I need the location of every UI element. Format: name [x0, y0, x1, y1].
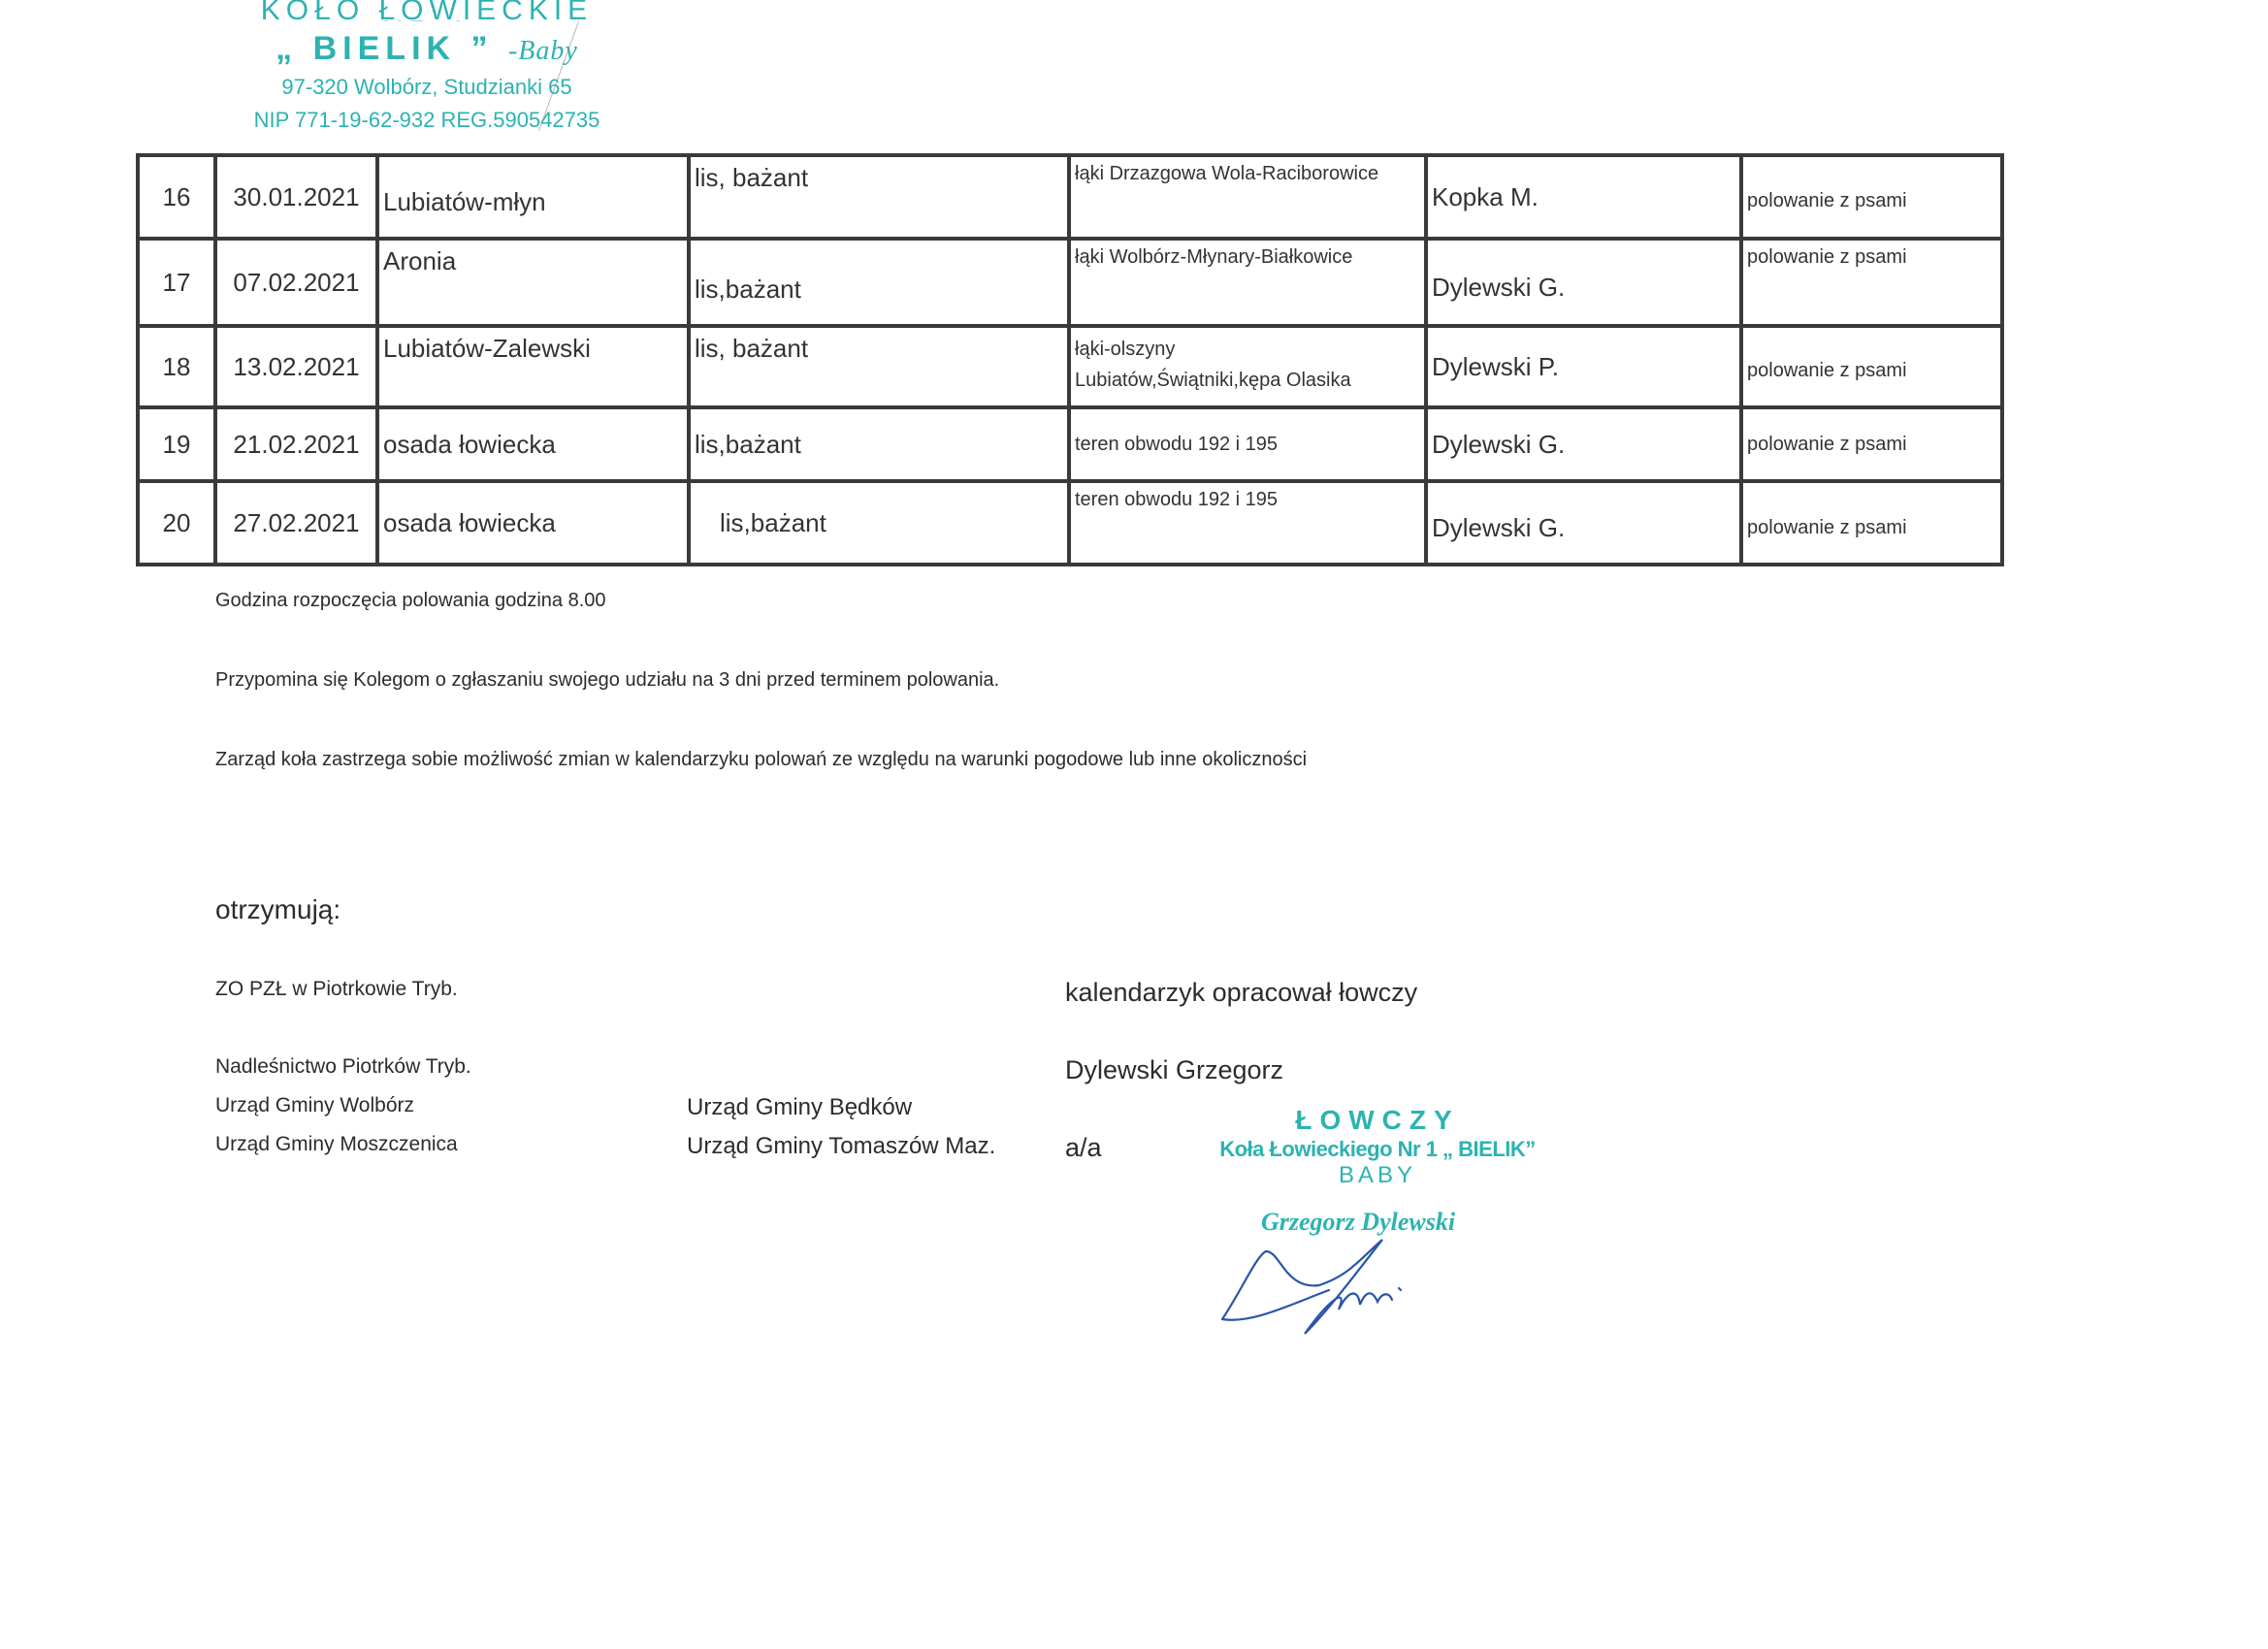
note-reminder: Przypomina się Kolegom o zgłaszaniu swoj… — [215, 669, 999, 692]
author-aa: a/a — [1065, 1133, 1102, 1163]
recipient-nadlesnictwo: Nadleśnictwo Piotrków Tryb. — [215, 1055, 471, 1079]
cell-leader: Dylewski G. — [1426, 481, 1741, 565]
club-stamp: KOŁO ŁOWIECKIE NR 1 „ BIELIK ” -Baby 97-… — [243, 8, 611, 137]
table-row: 16 30.01.2021 Lubiatów-młyn lis, bażant … — [138, 155, 2002, 239]
stamp-nip-reg: NIP 771-19-62-932 REG.590542735 — [243, 104, 611, 137]
stamp-lowczy-title: ŁOWCZY — [1183, 1104, 1571, 1137]
author-name: Dylewski Grzegorz — [1065, 1055, 1283, 1085]
recipient-gmina-bedkow: Urząd Gminy Będków — [687, 1094, 912, 1121]
cell-leader: Kopka M. — [1426, 155, 1741, 239]
prepared-by: kalendarzyk opracował łowczy — [1065, 978, 1417, 1008]
cell-date: 30.01.2021 — [215, 155, 377, 239]
cell-area-line1: łąki-olszyny — [1075, 334, 1420, 365]
cell-number: 19 — [138, 407, 215, 481]
recipient-gmina-tomaszow: Urząd Gminy Tomaszów Maz. — [687, 1133, 995, 1160]
cell-game: lis,bażant — [689, 239, 1069, 326]
cell-leader: Dylewski G. — [1426, 407, 1741, 481]
stamp-lowczy-baby: BABY — [1183, 1162, 1571, 1189]
stamp-club-name: „ BIELIK ” -Baby — [243, 29, 611, 71]
cell-place: osada łowiecka — [377, 481, 689, 565]
cell-date: 27.02.2021 — [215, 481, 377, 565]
recipient-gmina-moszczenica: Urząd Gminy Moszczenica — [215, 1133, 458, 1156]
cell-area: teren obwodu 192 i 195 — [1069, 481, 1426, 565]
cell-place: Lubiatów-młyn — [377, 155, 689, 239]
stamp-lowczy-club: Koła Łowieckiego Nr 1 „ BIELIK” — [1183, 1137, 1571, 1162]
note-start-time: Godzina rozpoczęcia polowania godzina 8.… — [215, 590, 606, 612]
cell-leader: Dylewski P. — [1426, 326, 1741, 407]
recipients-title: otrzymują: — [215, 894, 340, 925]
cell-game: lis, bażant — [689, 155, 1069, 239]
cell-area: łąki-olszyny Lubiatów,Świątniki,kępa Ola… — [1069, 326, 1426, 407]
cell-leader: Dylewski G. — [1426, 239, 1741, 326]
cell-type: polowanie z psami — [1741, 239, 2002, 326]
recipient-gmina-wolborz: Urząd Gminy Wolbórz — [215, 1094, 414, 1117]
cell-number: 16 — [138, 155, 215, 239]
cell-place: osada łowiecka — [377, 407, 689, 481]
cell-type: polowanie z psami — [1741, 326, 2002, 407]
table-row: 20 27.02.2021 osada łowiecka lis,bażant … — [138, 481, 2002, 565]
cell-place: Aronia — [377, 239, 689, 326]
cell-area: łąki Wolbórz-Młynary-Białkowice — [1069, 239, 1426, 326]
lowczy-stamp: ŁOWCZY Koła Łowieckiego Nr 1 „ BIELIK” B… — [1183, 1104, 1571, 1189]
cell-game: lis,bażant — [689, 407, 1069, 481]
recipient-zo-pzl: ZO PZŁ w Piotrkowie Tryb. — [215, 978, 458, 1001]
cell-number: 18 — [138, 326, 215, 407]
table-row: 17 07.02.2021 Aronia lis,bażant łąki Wol… — [138, 239, 2002, 326]
cell-type: polowanie z psami — [1741, 481, 2002, 565]
cell-area-line2: Lubiatów,Świątniki,kępa Olasika — [1075, 365, 1420, 396]
cell-type: polowanie z psami — [1741, 155, 2002, 239]
cell-area: łąki Drzazgowa Wola-Raciborowice — [1069, 155, 1426, 239]
stamp-club-title: KOŁO ŁOWIECKIE NR 1 — [243, 0, 611, 21]
table-row: 19 21.02.2021 osada łowiecka lis,bażant … — [138, 407, 2002, 481]
table-row: 18 13.02.2021 Lubiatów-Zalewski lis, baż… — [138, 326, 2002, 407]
note-disclaimer: Zarząd koła zastrzega sobie możliwość zm… — [215, 749, 1307, 771]
stamp-bielik: „ BIELIK ” — [275, 30, 493, 67]
cell-date: 21.02.2021 — [215, 407, 377, 481]
cell-area: teren obwodu 192 i 195 — [1069, 407, 1426, 481]
cell-game: lis,bażant — [689, 481, 1069, 565]
cell-date: 13.02.2021 — [215, 326, 377, 407]
cell-game: lis, bażant — [689, 326, 1069, 407]
hunt-schedule-table: 16 30.01.2021 Lubiatów-młyn lis, bażant … — [136, 153, 2004, 566]
cell-place: Lubiatów-Zalewski — [377, 326, 689, 407]
cell-type: polowanie z psami — [1741, 407, 2002, 481]
handwritten-signature — [1213, 1232, 1445, 1348]
cell-number: 20 — [138, 481, 215, 565]
cell-date: 07.02.2021 — [215, 239, 377, 326]
cell-number: 17 — [138, 239, 215, 326]
